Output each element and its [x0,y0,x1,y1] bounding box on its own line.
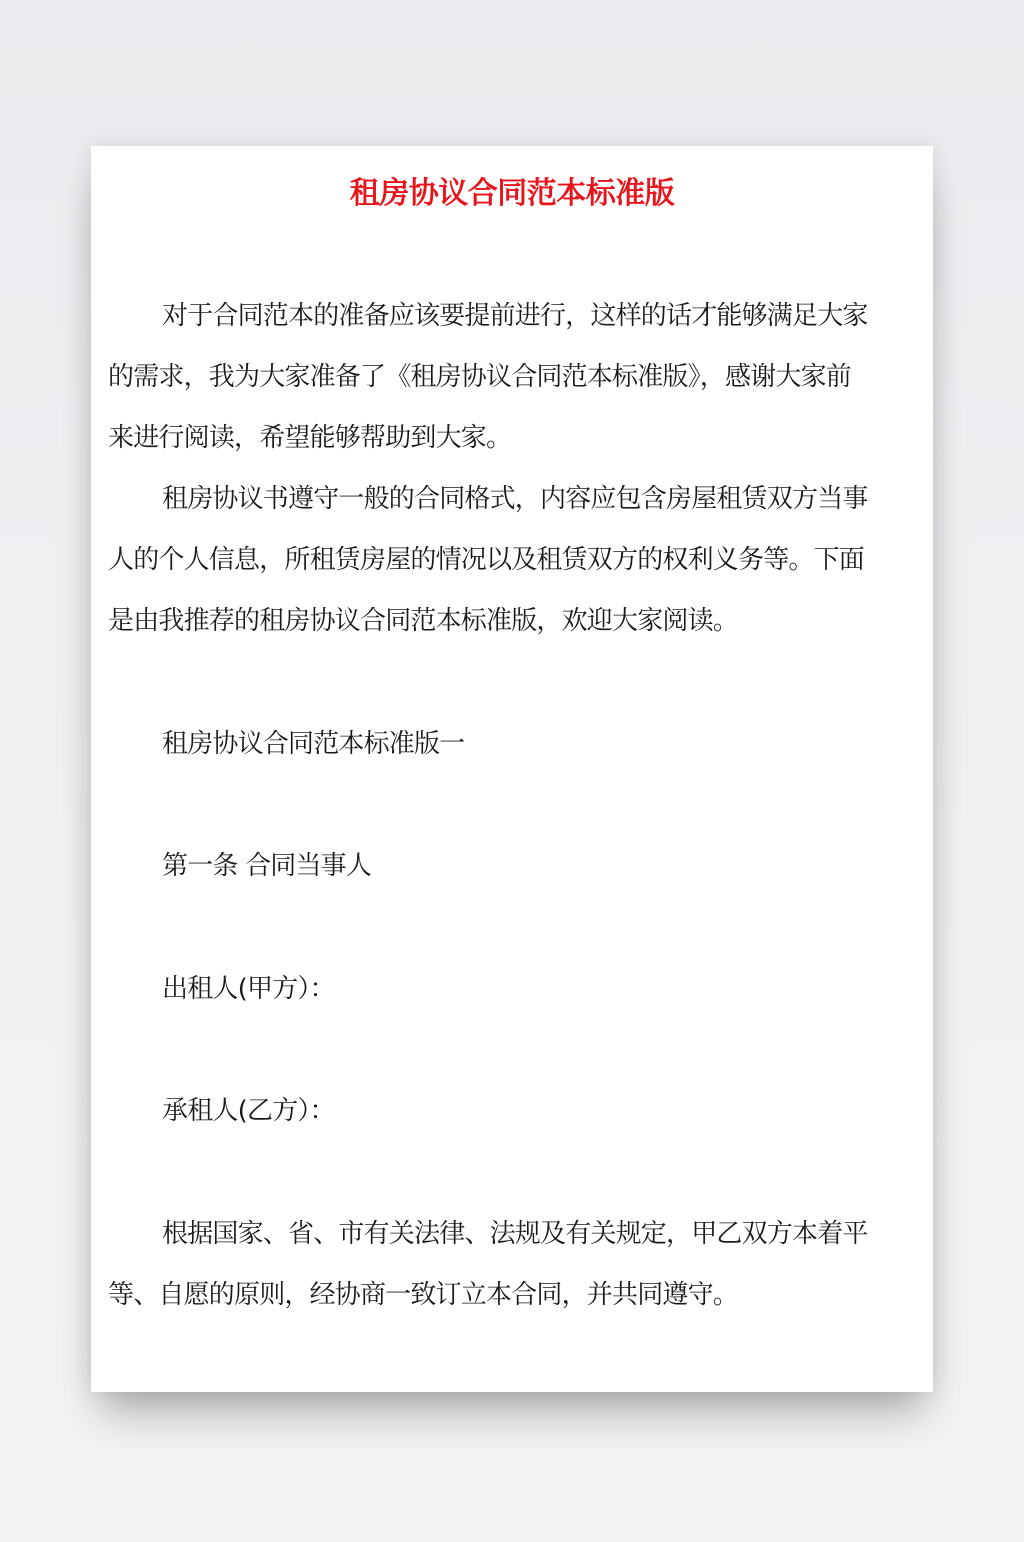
lessor-label: 出租人(甲方）： [162,971,920,1007]
lessee-label: 承租人(乙方）： [162,1093,920,1129]
intro-paragraph-1-line-2: 的需求，我为大家准备了《租房协议合同范本标准版》，感谢大家前 [108,359,920,395]
article-1-heading: 第一条 合同当事人 [162,848,920,884]
basis-paragraph-line-2: 等、自愿的原则，经协商一致订立本合同，并共同遵守。 [108,1277,920,1313]
intro-paragraph-1-line-3: 来进行阅读，希望能够帮助到大家。 [108,420,920,456]
intro-paragraph-2-line-3: 是由我推荐的租房协议合同范本标准版，欢迎大家阅读。 [108,603,920,639]
intro-paragraph-2-line-2: 人的个人信息，所租赁房屋的情况以及租赁双方的权利义务等。下面 [108,542,920,578]
document-title: 租房协议合同范本标准版 [91,174,933,214]
basis-paragraph-line-1: 根据国家、省、市有关法律、法规及有关规定，甲乙双方本着平 [162,1216,920,1252]
document-page: 租房协议合同范本标准版 对于合同范本的准备应该要提前进行，这样的话才能够满足大家… [91,146,933,1392]
intro-paragraph-1-line-1: 对于合同范本的准备应该要提前进行，这样的话才能够满足大家 [162,298,920,334]
intro-paragraph-2-line-1: 租房协议书遵守一般的合同格式，内容应包含房屋租赁双方当事 [162,481,920,517]
section-heading: 租房协议合同范本标准版一 [162,726,920,762]
